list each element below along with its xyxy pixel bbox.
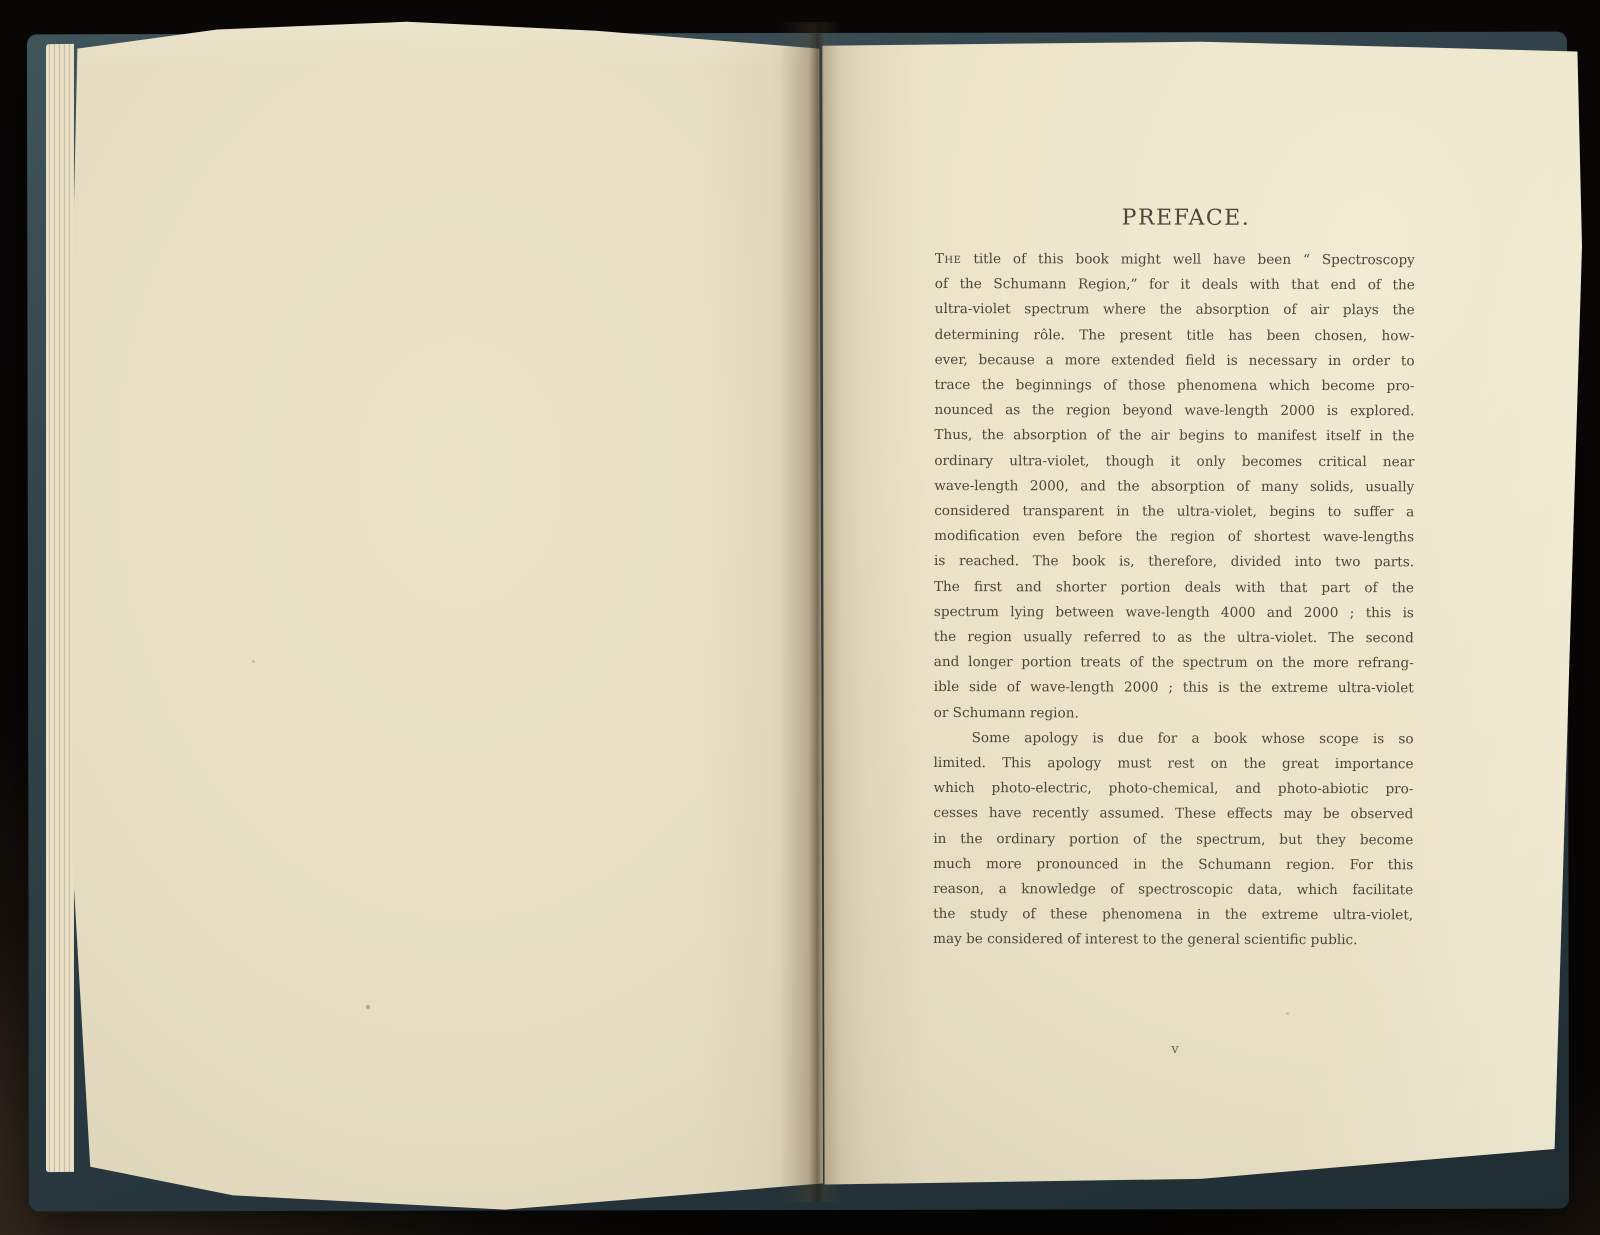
text-line: modification even before the region of s… (934, 524, 1414, 550)
text-line: limited. This apology must rest on the g… (934, 751, 1414, 777)
text-line: which photo-electric, photo-chemical, an… (933, 776, 1413, 802)
text-line: nounced as the region beyond wave-length… (934, 398, 1414, 424)
text-line: considered transparent in the ultra-viol… (934, 499, 1414, 525)
text-line: spectrum lying between wave-length 4000 … (934, 600, 1414, 626)
text-line: Some apology is due for a book whose sco… (934, 726, 1414, 752)
text-line: determining rôle. The present title has … (935, 323, 1415, 349)
text-line: or Schumann region. (934, 701, 1414, 727)
dust-speck (1286, 1012, 1289, 1015)
text-line: The first and shorter portion deals with… (934, 575, 1414, 601)
dust-speck (366, 1005, 370, 1009)
text-line: ultra-violet spectrum where the absorpti… (935, 297, 1415, 323)
left-page-blank (66, 20, 823, 1212)
preface-paragraph: The title of this book might well have b… (934, 247, 1415, 727)
photo-background: PREFACE. The title of this book might we… (0, 0, 1600, 1235)
preface-page-text: PREFACE. The title of this book might we… (933, 205, 1415, 954)
text-line: ever, because a more extended field is n… (935, 348, 1415, 374)
preface-text: The title of this book might well have b… (933, 247, 1415, 954)
preface-paragraph: Some apology is due for a book whose sco… (933, 726, 1414, 954)
text-line: the region usually referred to as the ul… (934, 625, 1414, 651)
text-line: is reached. The book is, therefore, divi… (934, 549, 1414, 575)
lead-word: The (935, 251, 962, 267)
preface-heading: PREFACE. (935, 205, 1415, 231)
text-line: ordinary ultra-violet, though it only be… (934, 449, 1414, 475)
dust-speck (252, 660, 255, 663)
text-line: reason, a knowledge of spectroscopic dat… (933, 877, 1413, 903)
text-line: The title of this book might well have b… (935, 247, 1415, 273)
page-number: v (935, 1042, 1415, 1057)
text-line: cesses have recently assumed. These effe… (933, 801, 1413, 827)
page-stack-edge (46, 44, 74, 1172)
text-line: ible side of wave-length 2000 ; this is … (934, 675, 1414, 701)
text-line: trace the beginnings of those phenomena … (934, 373, 1414, 399)
text-line: Thus, the absorption of the air begins t… (934, 423, 1414, 449)
text-line: of the Schumann Region,” for it deals wi… (935, 272, 1415, 298)
text-line: wave-length 2000, and the absorption of … (934, 474, 1414, 500)
text-line: may be considered of interest to the gen… (933, 927, 1413, 953)
text-line: much more pronounced in the Schumann reg… (933, 852, 1413, 878)
text-line: and longer portion treats of the spectru… (934, 650, 1414, 676)
text-line: in the ordinary portion of the spectrum,… (933, 827, 1413, 853)
text-line: the study of these phenomena in the extr… (933, 902, 1413, 928)
